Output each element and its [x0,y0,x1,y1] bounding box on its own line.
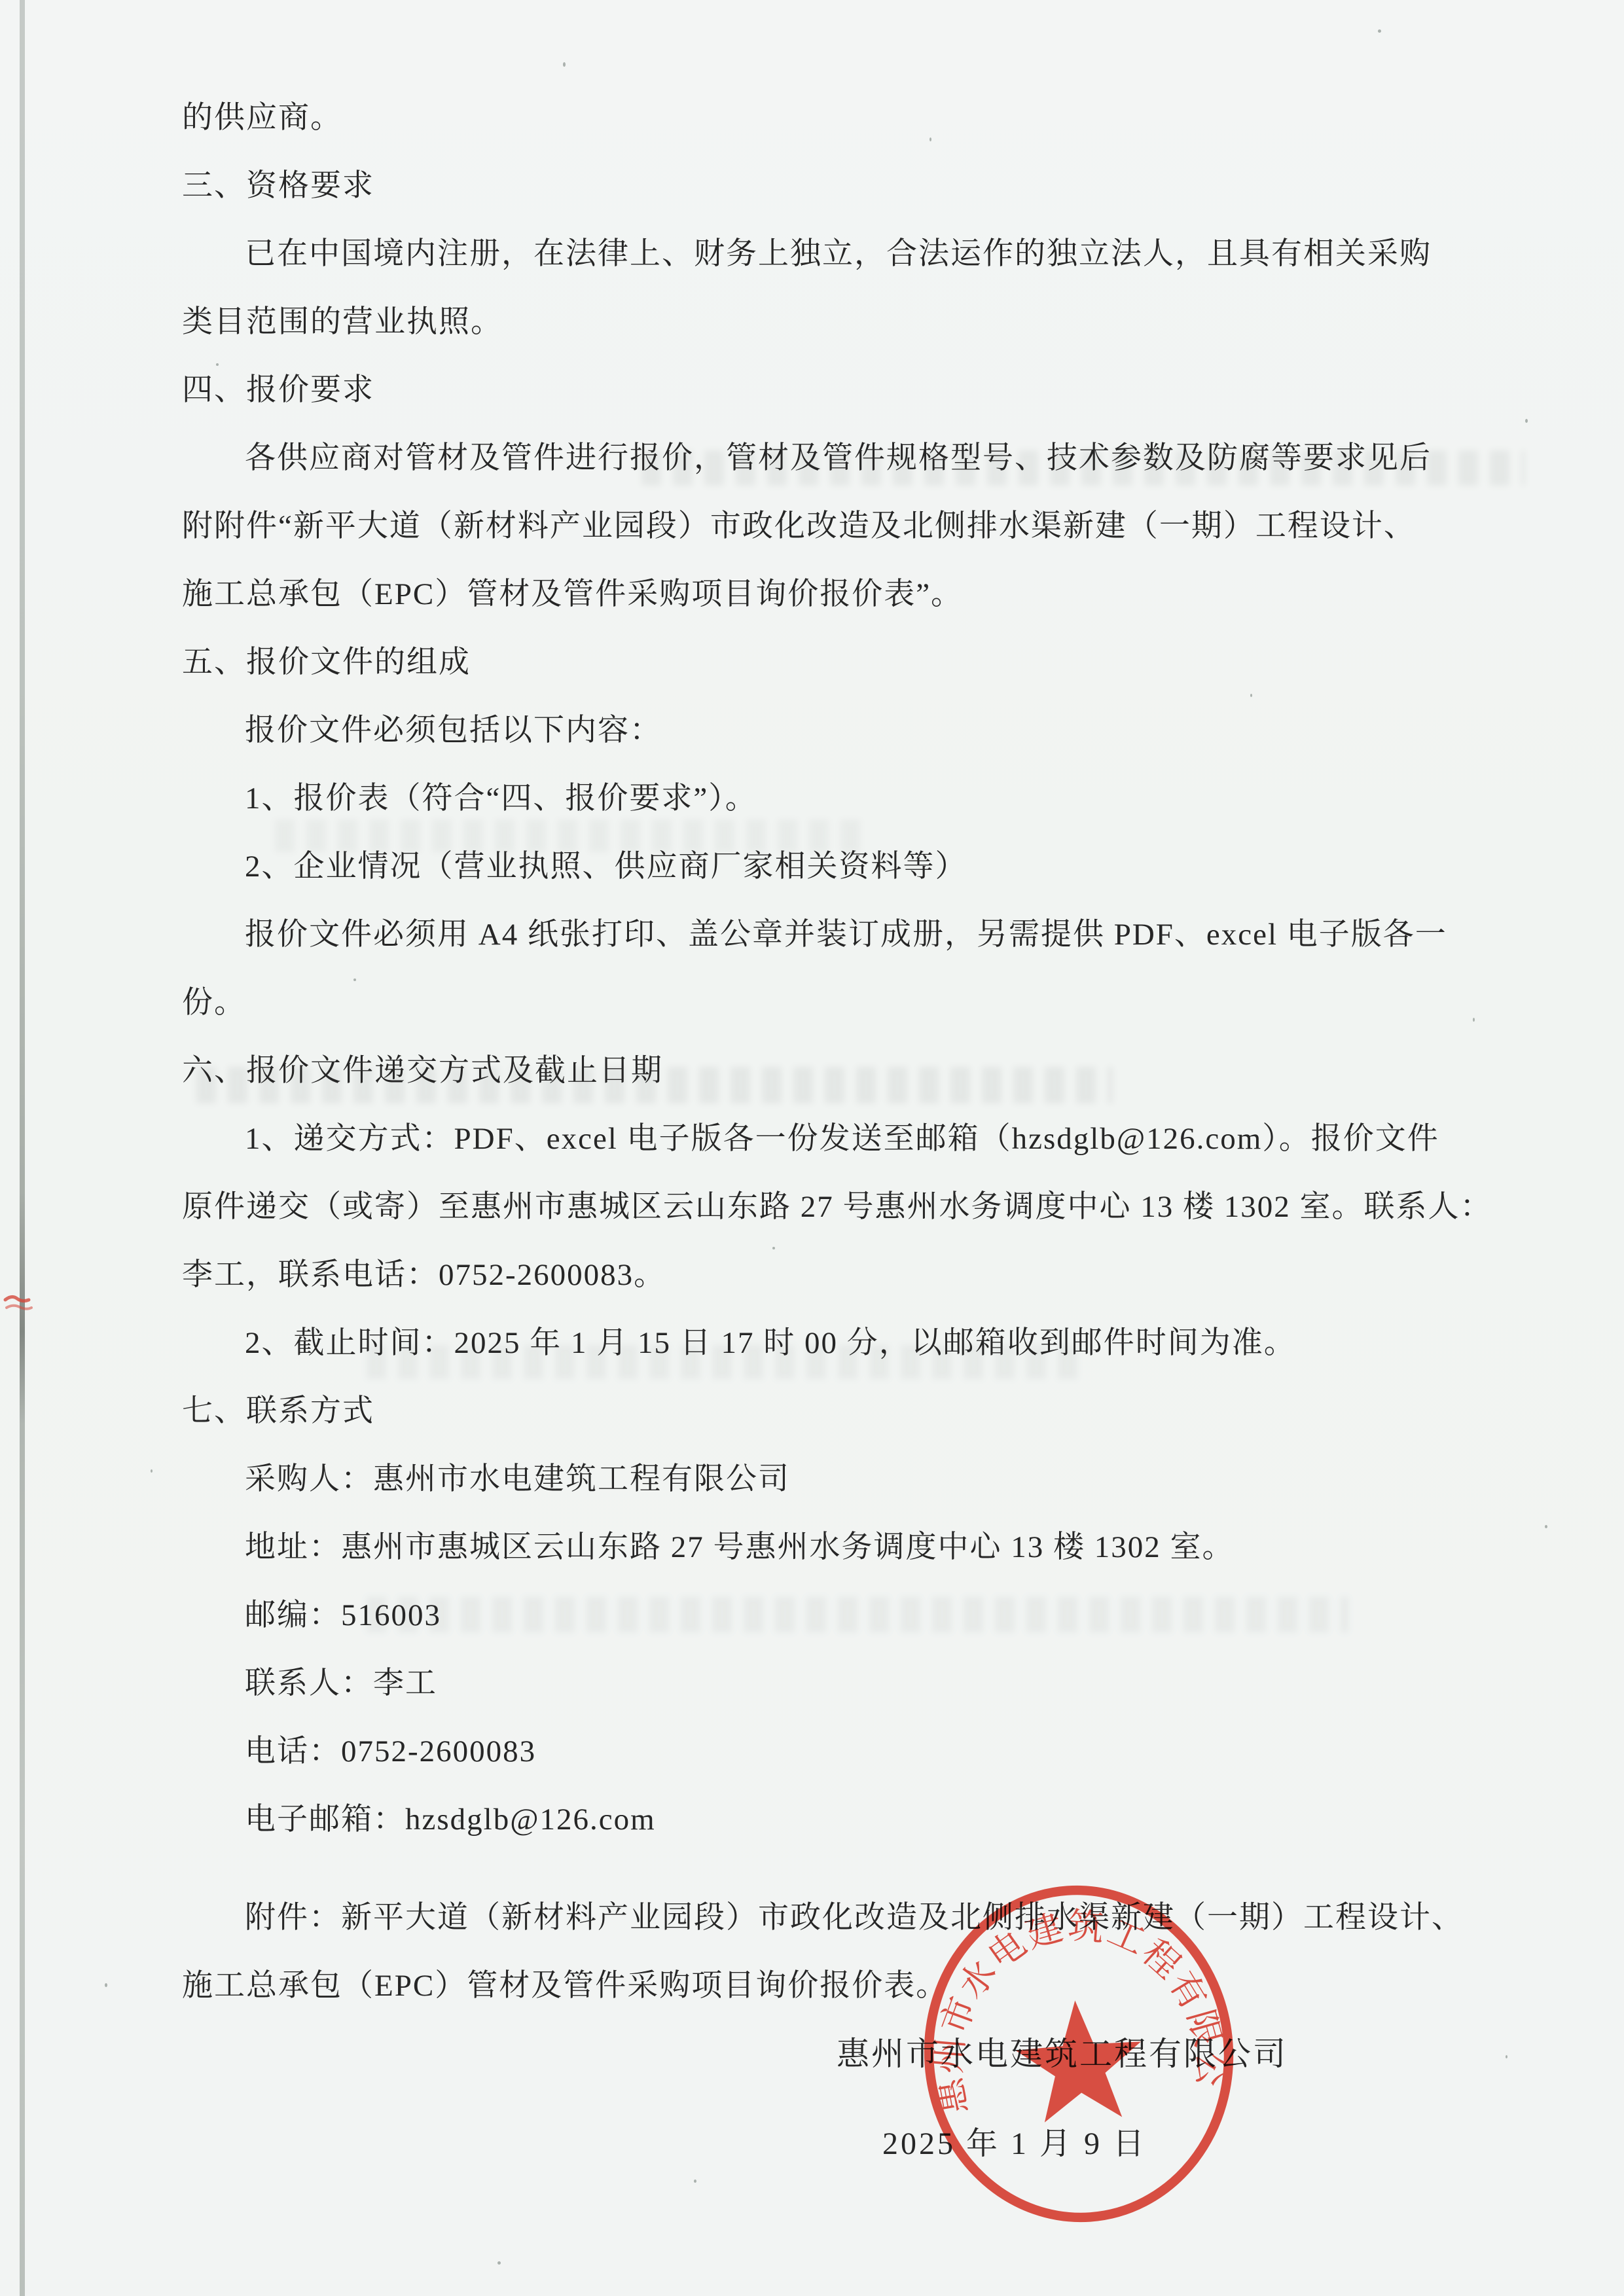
body-line: 份。 [182,969,1449,1037]
section-heading-7: 七、联系方式 [182,1377,1449,1445]
body-line: 李工，联系电话：0752-2600083。 [182,1241,1449,1309]
scanned-document-page: 的供应商。 三、资格要求 已在中国境内注册，在法律上、财务上独立，合法运作的独立… [0,0,1624,2296]
red-ink-mark [3,1288,42,1319]
list-item-1: 1、报价表（符合“四、报价要求”）。 [182,764,1449,833]
body-line: 原件递交（或寄）至惠州市惠城区云山东路 27 号惠州水务调度中心 13 楼 13… [182,1173,1449,1241]
contact-phone: 电话：0752-2600083 [182,1717,1449,1785]
company-seal: 惠州市水电建筑工程有限公司 [903,1866,1254,2242]
body-line: 各供应商对管材及管件进行报价，管材及管件规格型号、技术参数及防腐等要求见后 [182,424,1449,492]
body-line: 已在中国境内注册，在法律上、财务上独立，合法运作的独立法人，且具有相关采购 [182,220,1449,288]
body-line: 类目范围的营业执照。 [182,288,1449,356]
contact-address: 地址：惠州市惠城区云山东路 27 号惠州水务调度中心 13 楼 1302 室。 [182,1513,1449,1581]
list-item-2: 2、截止时间：2025 年 1 月 15 日 17 时 00 分，以邮箱收到邮件… [182,1309,1449,1377]
section-heading-4: 四、报价要求 [182,356,1449,424]
attachment-line: 附件：新平大道（新材料产业园段）市政化改造及北侧排水渠新建（一期）工程设计、 [182,1884,1449,1952]
section-heading-5: 五、报价文件的组成 [182,628,1449,696]
body-line: 报价文件必须用 A4 纸张打印、盖公章并装订成册，另需提供 PDF、excel … [182,901,1449,969]
contact-purchaser: 采购人：惠州市水电建筑工程有限公司 [182,1445,1449,1513]
seal-star-icon [1012,1996,1146,2125]
list-item-1: 1、递交方式：PDF、excel 电子版各一份发送至邮箱（hzsdglb@126… [182,1105,1449,1173]
blank-gap [182,1854,1449,1884]
body-line: 施工总承包（EPC）管材及管件采购项目询价报价表”。 [182,560,1449,628]
list-item-2: 2、企业情况（营业执照、供应商厂家相关资料等） [182,833,1449,901]
contact-postcode: 邮编：516003 [182,1581,1449,1649]
document-body: 的供应商。 三、资格要求 已在中国境内注册，在法律上、财务上独立，合法运作的独立… [182,84,1449,2020]
contact-person: 联系人：李工 [182,1649,1449,1717]
contact-email: 电子邮箱：hzsdglb@126.com [182,1785,1449,1854]
body-line: 报价文件必须包括以下内容： [182,696,1449,764]
body-line: 附附件“新平大道（新材料产业园段）市政化改造及北侧排水渠新建（一期）工程设计、 [182,492,1449,560]
attachment-line: 施工总承包（EPC）管材及管件采购项目询价报价表。 [182,1952,1449,2020]
section-heading-3: 三、资格要求 [182,152,1449,220]
section-heading-6: 六、报价文件递交方式及截止日期 [182,1037,1449,1105]
body-line: 的供应商。 [182,84,1449,152]
scan-edge-artifact [20,0,25,2296]
